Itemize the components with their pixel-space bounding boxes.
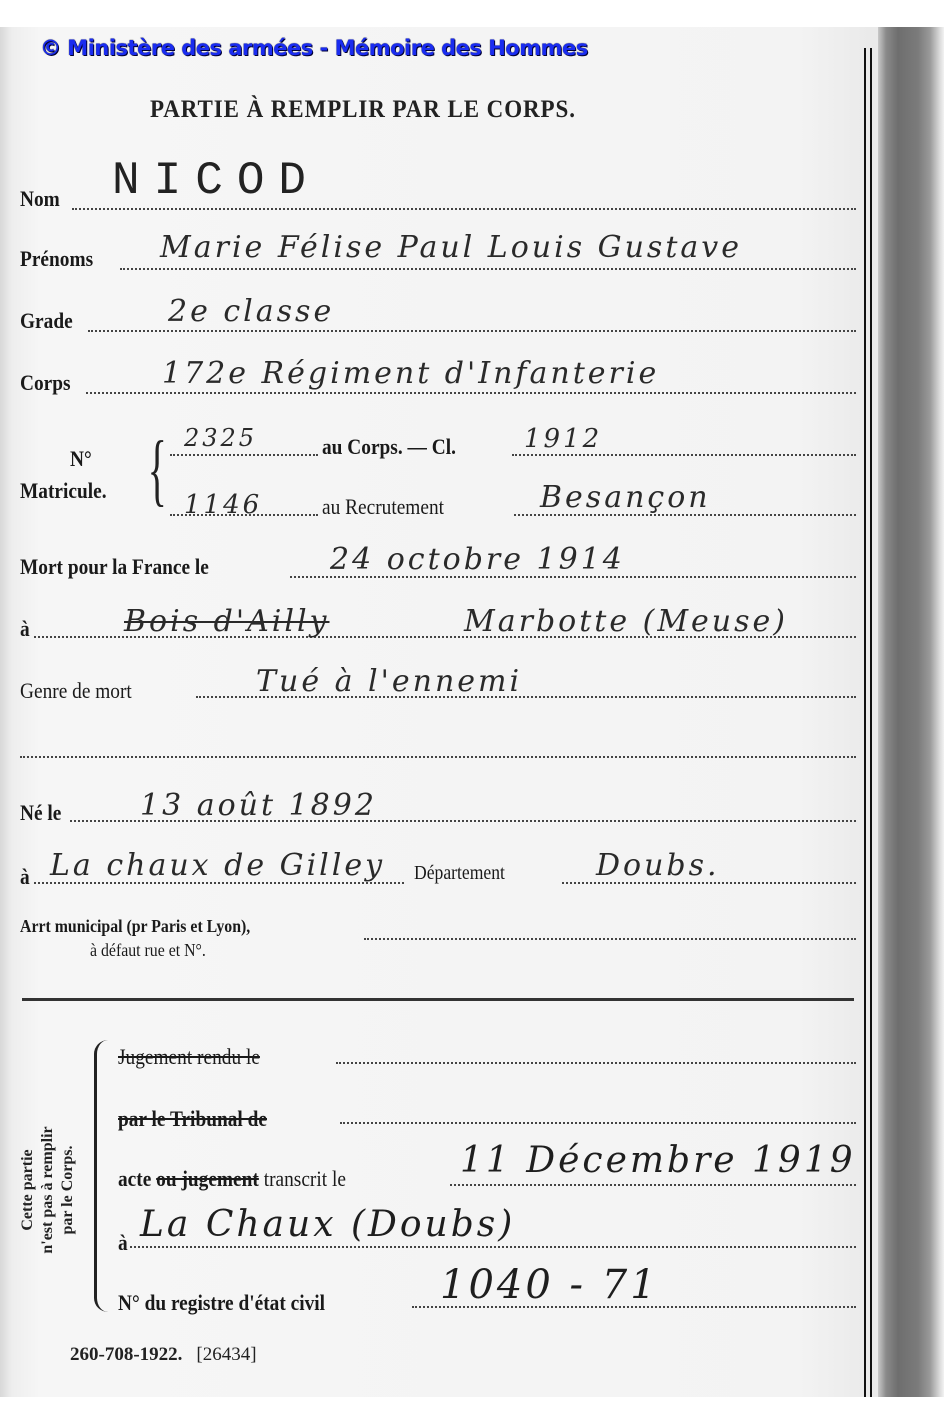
blank-line [20,756,856,758]
au-corps-label: au Corps. — Cl. [322,434,456,460]
matricule-label: Matricule. [20,478,107,504]
nom-label: Nom [20,186,60,212]
matricule-brace: { [148,430,167,510]
ne-a-label: à [20,864,30,890]
arrondissement-label-2: à défaut rue et N°. [90,940,206,961]
jugement-rendu-label: Jugement rendu le [118,1044,260,1070]
au-recrutement-label: au Recrutement [322,494,444,520]
prenoms-value: Marie Félise Paul Louis Gustave [160,230,742,265]
matricule-corps-number: 2325 [184,424,257,452]
jugement-rendu-line [336,1062,856,1064]
footer-reference: 260-708-1922.[26434] [70,1344,257,1366]
acte-suffix: transcrit le [264,1166,346,1191]
mort-le-label: Mort pour la France le [20,554,209,580]
section-divider [22,998,854,1001]
form-heading: PARTIE À REMPLIR PAR LE CORPS. [150,96,576,124]
matricule-label-no: N° [70,446,92,472]
genre-de-mort-value: Tué à l'ennemi [256,664,522,699]
arrondissement-line [364,938,856,940]
side-note: Cette partie n'est pas à remplir par le … [18,1090,78,1290]
mort-a-struck-value: Bois d'Ailly [124,604,329,639]
departement-label: Département [414,862,505,885]
tribunal-line [340,1122,856,1124]
classe-line [512,454,856,456]
lower-section-brace [94,1040,111,1312]
classe-value: 1912 [524,424,602,454]
ne-a-value: La chaux de Gilley [50,848,385,883]
matricule-corps-line [170,454,318,456]
acte-transcrit-line [450,1184,856,1186]
tribunal-text: par le Tribunal de [118,1106,267,1131]
lieu-value: La Chaux (Doubs) [140,1204,515,1245]
arrondissement-label: Arrt municipal (pr Paris et Lyon), [20,916,250,937]
recrutement-value: Besançon [540,480,711,515]
grade-label: Grade [20,308,73,334]
acte-transcrit-label: acte ou jugement transcrit le [118,1166,346,1192]
corps-value: 172e Régiment d'Infanterie [162,356,659,391]
mort-a-value: Marbotte (Meuse) [464,604,788,639]
print-reference: 260-708-1922. [70,1344,182,1365]
genre-de-mort-label: Genre de mort [20,678,132,704]
prenoms-label: Prénoms [20,246,93,272]
jugement-rendu-text: Jugement rendu le [118,1044,260,1069]
acte-prefix: acte [118,1166,151,1191]
matricule-recrutement-number: 1146 [184,490,262,520]
mort-le-value: 24 octobre 1914 [330,542,625,577]
ne-le-label: Né le [20,800,61,826]
page-binding-edge [878,27,944,1397]
departement-value: Doubs. [596,848,720,883]
print-code: [26434] [196,1344,256,1365]
registre-label: N° du registre d'état civil [118,1290,325,1316]
margin-line [864,48,866,1397]
mort-a-label: à [20,616,30,642]
nom-value: NICOD [112,155,320,207]
nom-line [72,208,856,210]
copyright-watermark: © Ministère des armées - Mémoire des Hom… [40,36,588,60]
corps-line [86,392,856,394]
registre-value: 1040 - 71 [440,1262,659,1308]
ne-le-value: 13 août 1892 [140,788,377,823]
prenoms-line [120,268,856,270]
grade-value: 2e classe [168,294,334,329]
tribunal-label: par le Tribunal de [118,1106,267,1132]
lieu-label: à [118,1230,128,1256]
corps-label: Corps [20,370,71,396]
grade-line [88,330,856,332]
side-note-line: n'est pas à remplir [38,1090,58,1290]
lieu-line [130,1246,856,1248]
margin-line [870,48,872,1397]
side-note-line: par le Corps. [58,1090,78,1290]
acte-transcrit-value: 11 Décembre 1919 [460,1140,856,1181]
acte-struck: ou jugement [156,1166,259,1191]
side-note-line: Cette partie [18,1090,38,1290]
